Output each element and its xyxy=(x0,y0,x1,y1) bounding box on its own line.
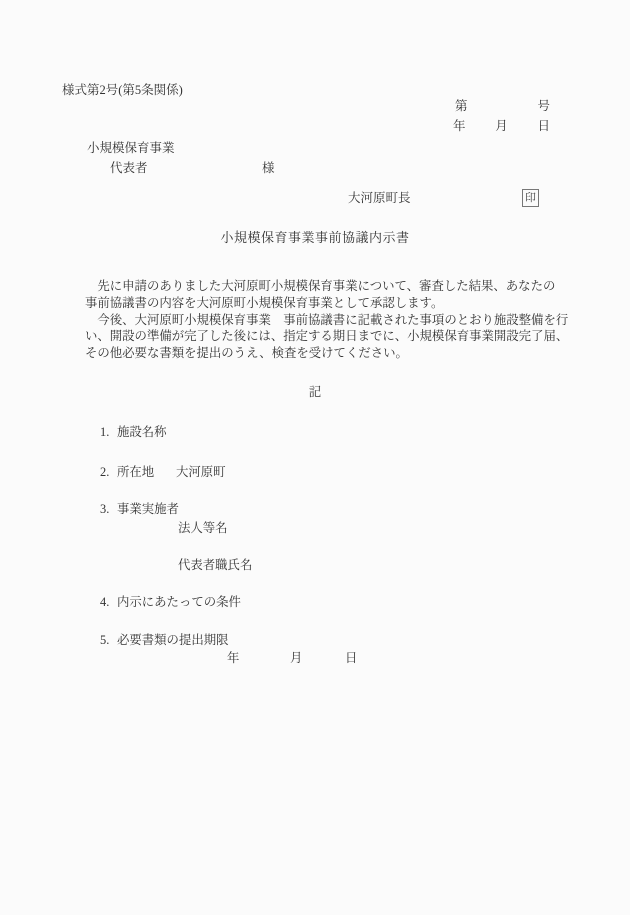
item-3-sub-label-representative-name: 代表者職氏名 xyxy=(178,558,252,573)
item-3-sub-label-corporate-name: 法人等名 xyxy=(178,521,228,536)
date-month-label: 月 xyxy=(495,119,508,134)
ref-number-prefix-label: 第 xyxy=(455,99,468,114)
item-5-date-month-label: 月 xyxy=(290,651,302,666)
issuer-title-label: 大河原町長 xyxy=(348,191,411,206)
body-line: 今後、大河原町小規模保育事業 事前協議書に記載された事項のとおり施設整備を行 xyxy=(85,312,567,329)
addressee-representative-label: 代表者 xyxy=(110,161,148,176)
body-paragraphs: 先に申請のありました大河原町小規模保育事業について、審査した結果、あなたの 事前… xyxy=(85,278,567,362)
addressee-honorific-label: 様 xyxy=(262,161,275,176)
ref-number-suffix-label: 号 xyxy=(537,99,550,114)
item-2-number: 2. xyxy=(100,465,109,480)
item-2-label: 所在地 xyxy=(117,465,154,480)
item-1-label: 施設名称 xyxy=(117,425,167,440)
item-4-number: 4. xyxy=(100,595,109,610)
date-year-label: 年 xyxy=(453,119,466,134)
item-2-value: 大河原町 xyxy=(176,465,226,480)
record-marker: 記 xyxy=(0,385,630,400)
seal-mark: 印 xyxy=(522,189,539,207)
date-line: 年 月 日 xyxy=(453,119,550,134)
body-line: その他必要な書類を提出のうえ、検査を受けてください。 xyxy=(85,345,567,362)
item-1-number: 1. xyxy=(100,425,109,440)
date-day-label: 日 xyxy=(537,119,550,134)
form-number-label: 様式第2号(第5条関係) xyxy=(62,83,183,98)
body-line: い、開設の準備が完了した後には、指定する期日までに、小規模保育事業開設完了届、 xyxy=(85,328,567,345)
body-line: 事前協議書の内容を大河原町小規模保育事業として承認します。 xyxy=(85,295,567,312)
item-5-label: 必要書類の提出期限 xyxy=(117,633,229,648)
item-5-number: 5. xyxy=(100,633,109,648)
document-page: 様式第2号(第5条関係) 第 号 年 月 日 小規模保育事業 代表者 様 大河原… xyxy=(0,0,630,915)
item-3-label: 事業実施者 xyxy=(117,502,179,517)
ref-number-line: 第 号 xyxy=(455,99,550,114)
item-3-number: 3. xyxy=(100,502,109,517)
document-title: 小規模保育事業事前協議内示書 xyxy=(0,230,630,246)
addressee-business-label: 小規模保育事業 xyxy=(87,141,175,156)
item-4-label: 内示にあたっての条件 xyxy=(117,595,241,610)
body-line: 先に申請のありました大河原町小規模保育事業について、審査した結果、あなたの xyxy=(85,278,567,295)
item-5-date-day-label: 日 xyxy=(345,651,357,666)
item-5-date-year-label: 年 xyxy=(227,651,239,666)
